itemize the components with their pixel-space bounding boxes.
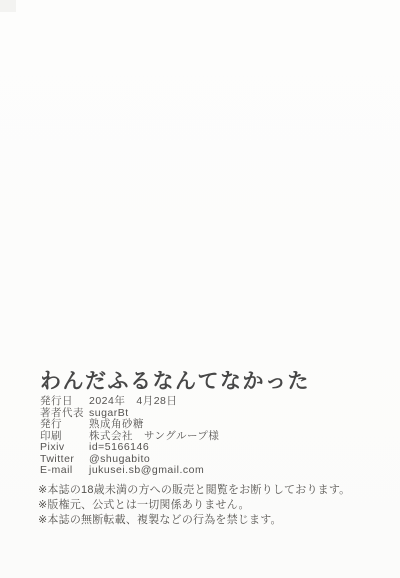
row-value: jukusei.sb@gmail.com	[89, 465, 204, 477]
row-label: E-mail	[40, 465, 89, 477]
note-no-reproduction: ※本誌の無断転載、複製などの行為を禁じます。	[38, 513, 383, 528]
row-label: Pixiv	[40, 442, 89, 454]
row-publisher: 発行 熟成角砂糖	[40, 419, 370, 431]
row-publish-date: 発行日 2024年 4月28日	[40, 396, 370, 408]
row-pixiv: Pixiv id=5166146	[40, 442, 370, 454]
note-age-restriction: ※本誌の18歳未満の方への販売と閲覧をお断りしております。	[38, 483, 383, 498]
row-value: 2024年 4月28日	[89, 396, 177, 408]
row-label: 発行	[40, 419, 89, 431]
disclaimer-notes: ※本誌の18歳未満の方への販売と閲覧をお断りしております。 ※版権元、公式とは一…	[38, 483, 383, 529]
row-value: 熟成角砂糖	[89, 419, 144, 431]
publication-info: 発行日 2024年 4月28日 著者代表 sugarBt 発行 熟成角砂糖 印刷…	[40, 396, 370, 477]
note-unofficial: ※版権元、公式とは一切関係ありません。	[38, 498, 383, 513]
colophon-page: わんだふるなんてなかった 発行日 2024年 4月28日 著者代表 sugarB…	[0, 0, 400, 578]
row-label: 発行日	[40, 396, 89, 408]
row-email: E-mail jukusei.sb@gmail.com	[40, 465, 370, 477]
scan-artifact	[0, 0, 16, 12]
book-title: わんだふるなんてなかった	[40, 365, 310, 395]
row-value: id=5166146	[89, 442, 149, 454]
